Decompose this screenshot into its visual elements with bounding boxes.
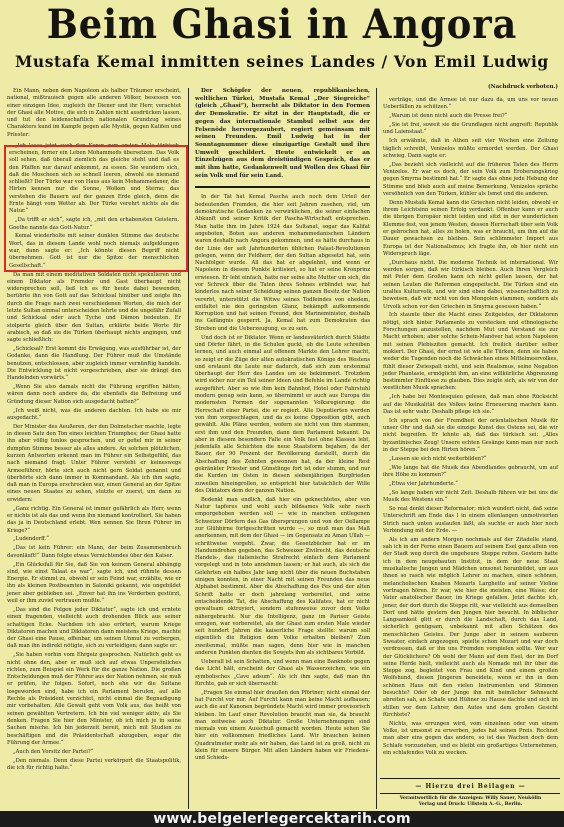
column-divider-left: [188, 88, 189, 809]
paragraph: Ein Mann, neben dem Napoleon als halber …: [7, 88, 181, 139]
imprint: Verantwortlich für die Anzeigen: Willy S…: [383, 796, 558, 809]
intro-divider: [195, 186, 370, 188]
paragraph: „Etwa vier Jahrhunderte.“: [383, 481, 558, 488]
paragraph: „Sie haben vorhin vom Ehrgeiz gesprochen…: [7, 652, 181, 747]
paragraph: Bedenkt man endlich, daß hier ein geknec…: [195, 497, 370, 658]
reprint-notice: (Nachdruck verboten.): [470, 84, 558, 90]
paragraph: Denn Mustafa Kemal kann die Griechen nic…: [383, 200, 558, 258]
paragraph: „Wenn Sie also damals nicht die Führung …: [7, 384, 181, 406]
paragraph: „Schicksal? Erst kommt die Erwägung, was…: [7, 346, 181, 382]
paragraph: „Sie ist frei, soweit sie die Grundlagen…: [383, 122, 558, 137]
paragraph: Ich sprach von der Fremdheit der orienta…: [383, 418, 558, 454]
watermark-url: www.belgelerlegercektarih.com: [153, 811, 411, 827]
supplements-note: — Hierzu drei Beilagen —: [383, 783, 558, 790]
paragraph: Da man mit einem meditativen Soldaten ni…: [7, 272, 181, 345]
middle-column: Der Schöpfer der neuen, republikanischen…: [195, 88, 370, 764]
paragraph: „Wie lange hat die Musik des Abendlandes…: [383, 465, 558, 480]
paragraph: „Ich habe bei Montesquieu gelesen, daß m…: [383, 394, 558, 416]
paragraph: „Ein Glücksfall für Sie, daß Sie von kei…: [7, 562, 181, 606]
paragraph: „Durchaus nicht. Die moderne Technik ist…: [383, 260, 558, 311]
footer-rule-bottom: [380, 793, 560, 794]
paragraph: Ich staunte über die Macht eines Zeitgei…: [383, 312, 558, 392]
paragraph: „Das sind die Folgen jeder Diktatur“, sa…: [7, 607, 181, 651]
paragraph: Ich erwähnte, daß in Athen seit vier Woc…: [383, 138, 558, 160]
paragraph: Und doch ist er Diktator. Wenn er landes…: [195, 335, 370, 496]
paragraph: „Warum ist denn nicht auch die Presse fr…: [383, 113, 558, 120]
paragraph: „Da trifft er sich“, sagte ich, „mit den…: [9, 217, 179, 232]
paragraph: Der Minister des Aeußeren, der den Dolme…: [7, 424, 181, 504]
intro-summary: Der Schöpfer der neuen, republikanischen…: [195, 88, 370, 180]
paragraph: „Lassen sie sich nicht weiterbilden?“: [383, 456, 558, 463]
paragraph: „Fragen Sie einmal hier draußen den Pför…: [195, 690, 370, 763]
footer-rule-top: [380, 778, 560, 779]
paragraph: „Ich lasse jetzt auch den Koran zum erst…: [9, 143, 179, 216]
highlighted-passage: „Ich lasse jetzt auch den Koran zum erst…: [7, 141, 181, 270]
paragraph: „Ich weiß nicht, was die anderen dachten…: [7, 408, 181, 423]
subheadline-byline: Mustafa Kemal inmitten seines Landes / V…: [0, 52, 564, 72]
watermark-bar: www.belgelerlegercektarih.com: [0, 811, 564, 827]
right-column: verträge, und die Armee ist nur dazu da,…: [383, 97, 558, 759]
newspaper-page: Beim Ghasi in Angora Mustafa Kemal inmit…: [0, 0, 564, 811]
imprint-line-2: Verlag und Druck: Ullstein A.-G., Berlin…: [383, 802, 558, 808]
paragraph: „Auch den Vorsitz der Partei?“: [7, 749, 181, 756]
paragraph: „Das bezieht sich vielleicht auf die frü…: [383, 162, 558, 198]
paragraph: „Ludendorff.“: [7, 536, 181, 543]
paragraph: So real denkt dieser Reformator; mich wu…: [383, 506, 558, 535]
paragraph: Als ich am andern Morgen nochmals auf de…: [383, 537, 558, 719]
paragraph: „Ganz richtig. Ein General ist immer gef…: [7, 506, 181, 535]
paragraph: Ueberall ist sein Schatten, und wenn man…: [195, 659, 370, 688]
left-column: Ein Mann, neben dem Napoleon als halber …: [7, 88, 181, 774]
paragraph: Kemal wiederholte mit seiner dunklen Sti…: [9, 233, 179, 269]
paragraph: „Das ist kein Führer: ein Mann, der beim…: [7, 545, 181, 560]
paragraph: In der Tat hat Kemal Pascha auch noch de…: [195, 194, 370, 333]
headline: Beim Ghasi in Angora: [23, 2, 542, 48]
paragraph: verträge, und die Armee ist nur dazu da,…: [383, 97, 558, 112]
paragraph: Nichts, was errungen wird, vom einzelnen…: [383, 721, 558, 757]
column-divider-right: [376, 88, 377, 809]
paragraph: „Den niemals. Denn diese Partei verkörpe…: [7, 758, 181, 773]
paragraph: „So lange haben wir nicht Zeit. Deshalb …: [383, 490, 558, 505]
